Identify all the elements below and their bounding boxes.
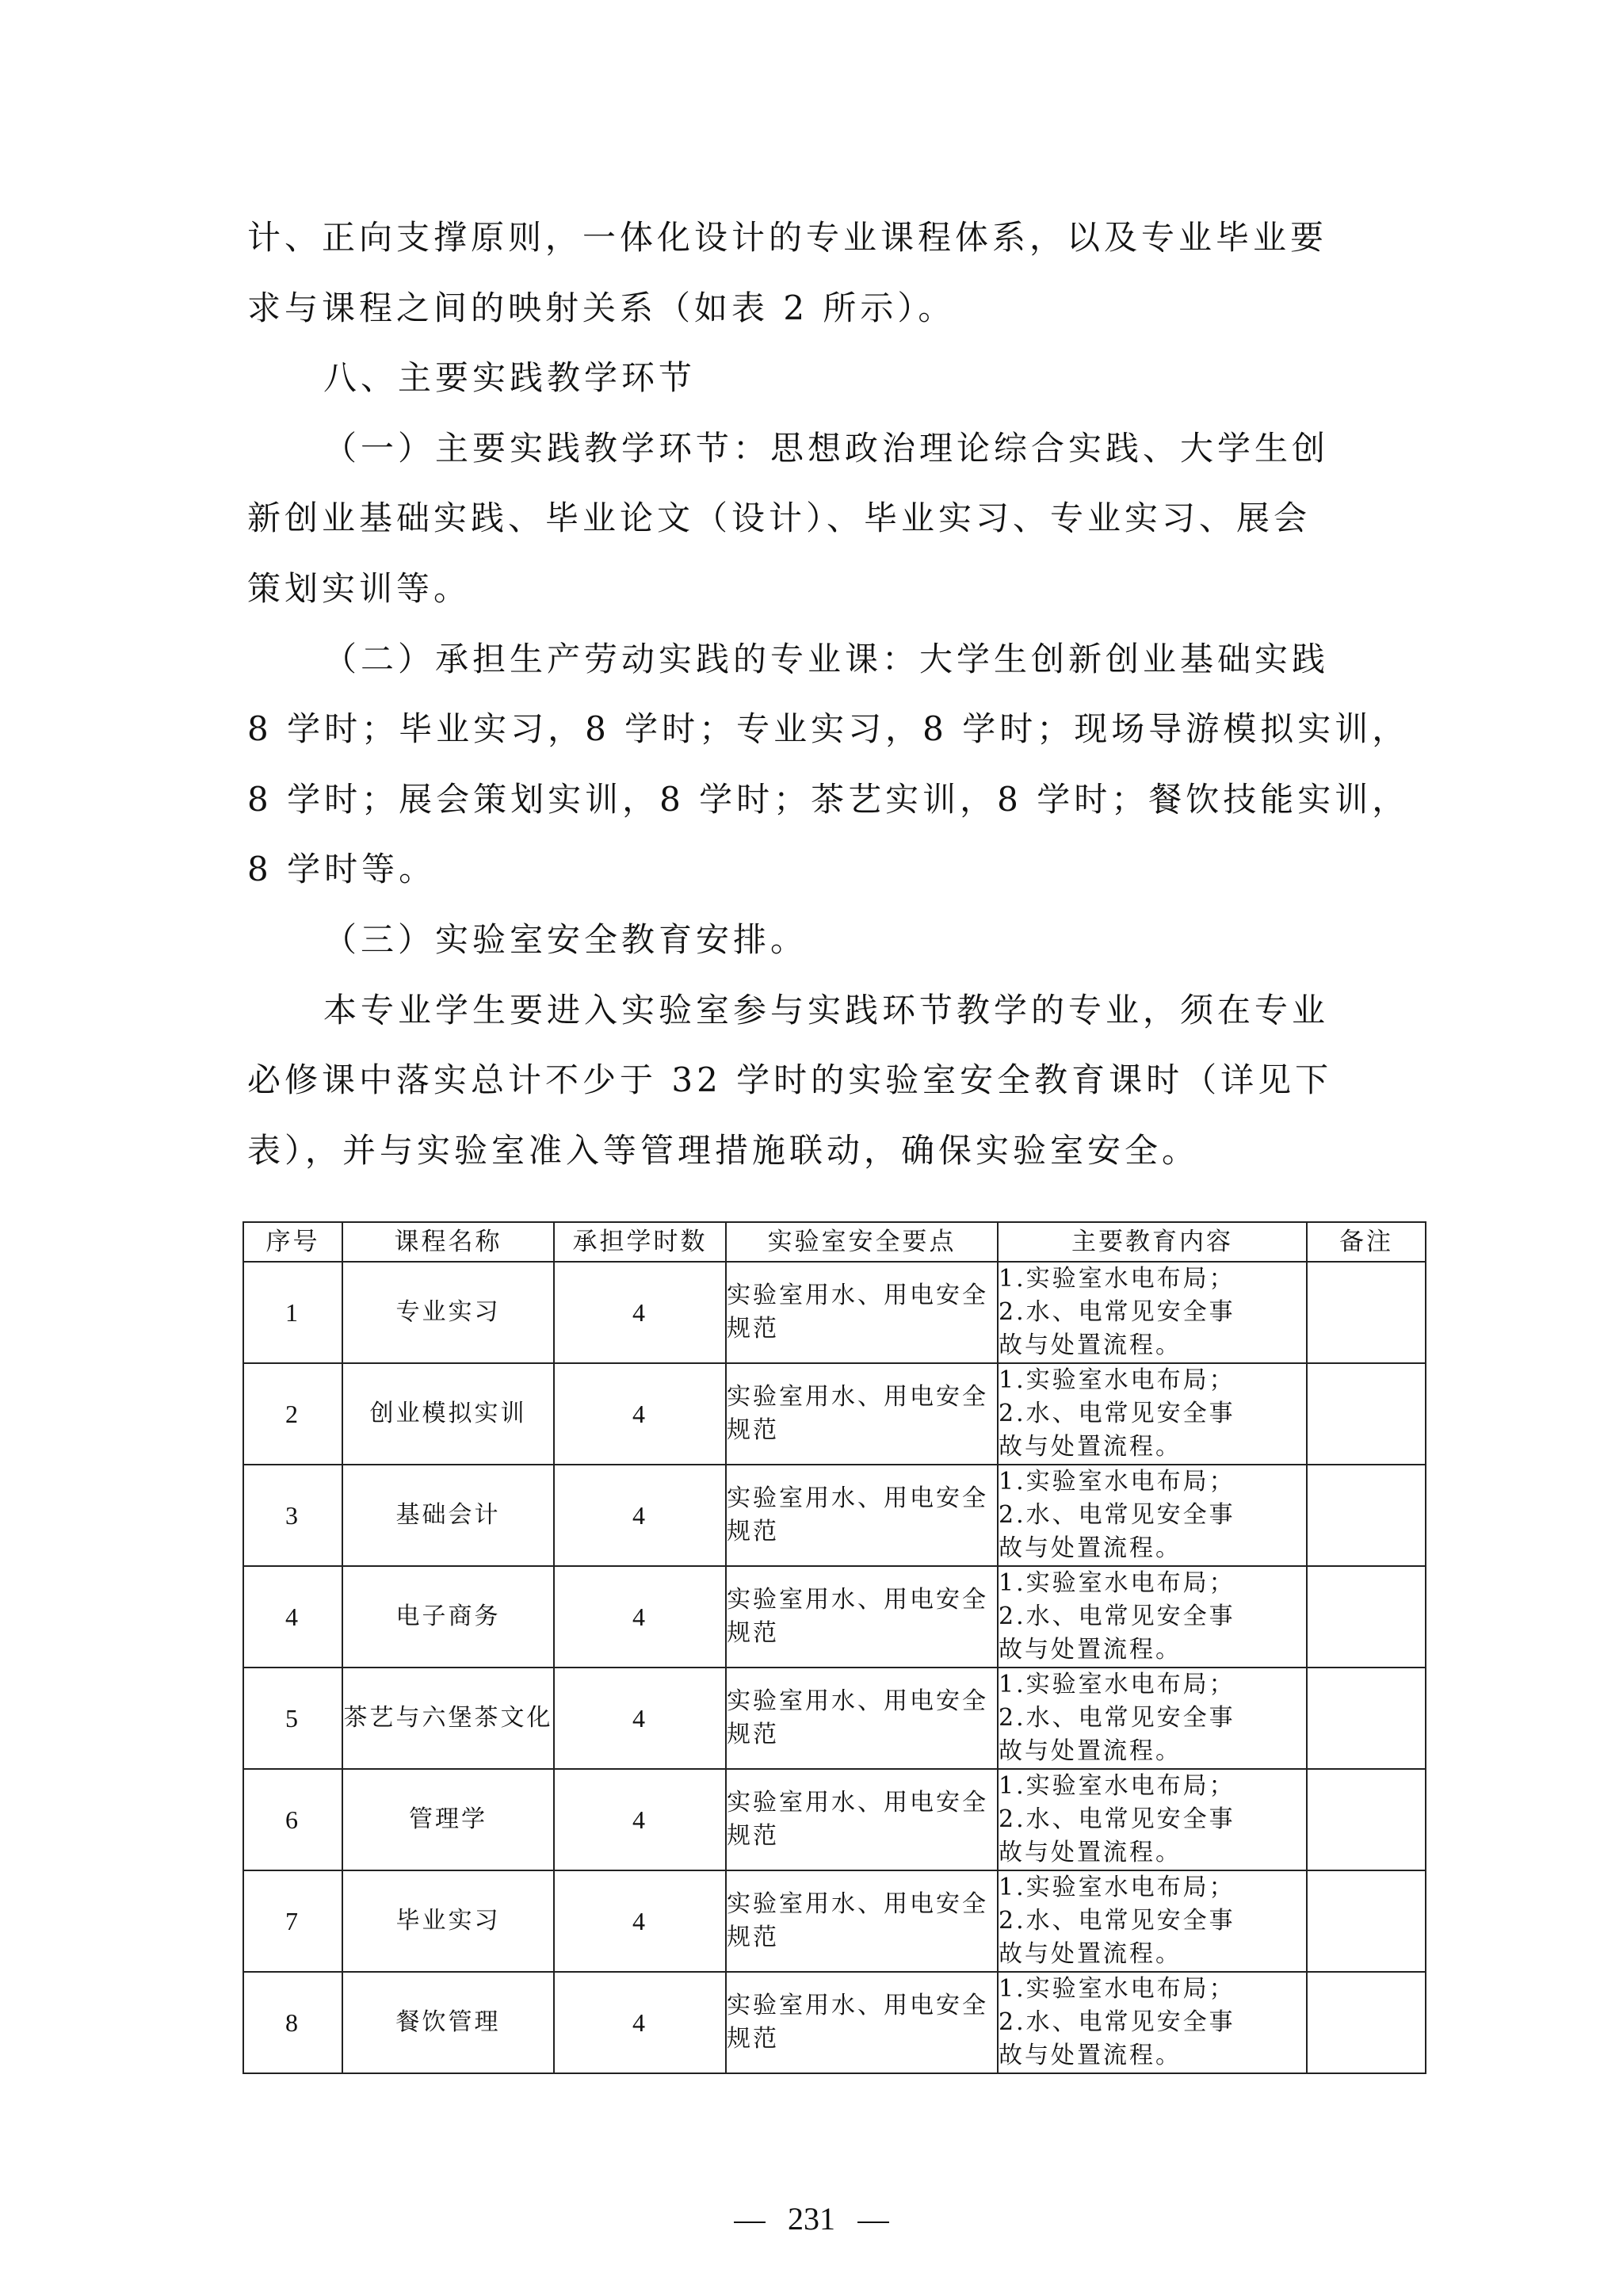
- header-notes: 备注: [1307, 1222, 1426, 1262]
- cell-note: [1307, 1870, 1426, 1972]
- cell-hours: 4: [554, 1972, 726, 2073]
- content-line: 故与处置流程。: [999, 2039, 1306, 2073]
- content-line: 1.实验室水电布局；: [999, 1871, 1306, 1904]
- cell-index: 7: [243, 1870, 342, 1972]
- cell-education-content: 1.实验室水电布局； 2.水、电常见安全事 故与处置流程。: [998, 1972, 1307, 2073]
- cell-hours: 4: [554, 1769, 726, 1870]
- header-education-content: 主要教育内容: [998, 1222, 1307, 1262]
- content-line: 2.水、电常见安全事: [999, 1397, 1306, 1431]
- table-row: 4 电子商务 4 实验室用水、用电安全规范 1.实验室水电布局； 2.水、电常见…: [243, 1566, 1426, 1668]
- content-line: 1.实验室水电布局；: [999, 1465, 1306, 1499]
- content-line: 故与处置流程。: [999, 1836, 1306, 1870]
- subsection-heading: （一）主要实践教学环节：思想政治理论综合实践、大学生创: [247, 414, 1353, 484]
- cell-index: 1: [243, 1262, 342, 1363]
- cell-safety-point: 实验室用水、用电安全规范: [726, 1972, 998, 2073]
- cell-course-name: 餐饮管理: [342, 1972, 554, 2073]
- header-safety-points: 实验室安全要点: [726, 1222, 998, 1262]
- table-row: 2 创业模拟实训 4 实验室用水、用电安全规范 1.实验室水电布局； 2.水、电…: [243, 1363, 1426, 1465]
- content-line: 故与处置流程。: [999, 1938, 1306, 1971]
- content-line: 2.水、电常见安全事: [999, 1296, 1306, 1329]
- content-line: 1.实验室水电布局；: [999, 1668, 1306, 1702]
- subsection-heading: （三）实验室安全教育安排。: [247, 905, 1353, 976]
- cell-course-name: 茶艺与六堡茶文化: [342, 1668, 554, 1769]
- footer-dash-left: [734, 2222, 766, 2223]
- cell-hours: 4: [554, 1262, 726, 1363]
- cell-note: [1307, 1972, 1426, 2073]
- content-line: 2.水、电常见安全事: [999, 2006, 1306, 2039]
- cell-index: 4: [243, 1566, 342, 1668]
- cell-course-name: 专业实习: [342, 1262, 554, 1363]
- content-line: 1.实验室水电布局；: [999, 1973, 1306, 2006]
- content-line: 2.水、电常见安全事: [999, 1600, 1306, 1633]
- content-line: 故与处置流程。: [999, 1431, 1306, 1464]
- paragraph-line: 必修课中落实总计不少于 32 学时的实验室安全教育课时（详见下: [247, 1045, 1353, 1116]
- cell-hours: 4: [554, 1870, 726, 1972]
- cell-course-name: 毕业实习: [342, 1870, 554, 1972]
- content-line: 1.实验室水电布局；: [999, 1364, 1306, 1397]
- cell-note: [1307, 1465, 1426, 1566]
- cell-safety-point: 实验室用水、用电安全规范: [726, 1363, 998, 1465]
- cell-hours: 4: [554, 1566, 726, 1668]
- page-footer: 231: [0, 2195, 1623, 2243]
- cell-safety-point: 实验室用水、用电安全规范: [726, 1566, 998, 1668]
- table-row: 5 茶艺与六堡茶文化 4 实验室用水、用电安全规范 1.实验室水电布局； 2.水…: [243, 1668, 1426, 1769]
- cell-index: 6: [243, 1769, 342, 1870]
- content-line: 1.实验室水电布局；: [999, 1770, 1306, 1803]
- paragraph-line: 8 学时；展会策划实训，8 学时；茶艺实训，8 学时；餐饮技能实训，: [247, 765, 1353, 835]
- cell-index: 5: [243, 1668, 342, 1769]
- cell-safety-point: 实验室用水、用电安全规范: [726, 1870, 998, 1972]
- header-index: 序号: [243, 1222, 342, 1262]
- content-line: 2.水、电常见安全事: [999, 1499, 1306, 1532]
- paragraph-line: 策划实训等。: [247, 554, 1353, 625]
- cell-course-name: 管理学: [342, 1769, 554, 1870]
- paragraph-line: 计、正向支撑原则，一体化设计的专业课程体系，以及专业毕业要: [247, 203, 1353, 273]
- lab-safety-table: 序号 课程名称 承担学时数 实验室安全要点 主要教育内容 备注 1 专业实习 4…: [242, 1221, 1426, 2074]
- content-line: 故与处置流程。: [999, 1633, 1306, 1667]
- cell-index: 2: [243, 1363, 342, 1465]
- cell-note: [1307, 1769, 1426, 1870]
- content-line: 2.水、电常见安全事: [999, 1904, 1306, 1938]
- paragraph-line: 表），并与实验室准入等管理措施联动，确保实验室安全。: [247, 1116, 1353, 1186]
- cell-education-content: 1.实验室水电布局； 2.水、电常见安全事 故与处置流程。: [998, 1465, 1307, 1566]
- page-number: 231: [788, 2201, 835, 2237]
- document-page: 计、正向支撑原则，一体化设计的专业课程体系，以及专业毕业要 求与课程之间的映射关…: [0, 0, 1623, 2296]
- subsection-heading: （二）承担生产劳动实践的专业课：大学生创新创业基础实践: [247, 625, 1353, 695]
- content-line: 故与处置流程。: [999, 1532, 1306, 1565]
- cell-note: [1307, 1566, 1426, 1668]
- cell-note: [1307, 1262, 1426, 1363]
- content-line: 故与处置流程。: [999, 1735, 1306, 1768]
- content-line: 2.水、电常见安全事: [999, 1803, 1306, 1836]
- paragraph-line: 8 学时；毕业实习，8 学时；专业实习，8 学时；现场导游模拟实训，: [247, 694, 1353, 765]
- table-row: 8 餐饮管理 4 实验室用水、用电安全规范 1.实验室水电布局； 2.水、电常见…: [243, 1972, 1426, 2073]
- cell-hours: 4: [554, 1668, 726, 1769]
- cell-safety-point: 实验室用水、用电安全规范: [726, 1668, 998, 1769]
- cell-education-content: 1.实验室水电布局； 2.水、电常见安全事 故与处置流程。: [998, 1769, 1307, 1870]
- table-row: 1 专业实习 4 实验室用水、用电安全规范 1.实验室水电布局； 2.水、电常见…: [243, 1262, 1426, 1363]
- cell-note: [1307, 1668, 1426, 1769]
- section-heading: 八、主要实践教学环节: [247, 343, 1353, 414]
- table-row: 6 管理学 4 实验室用水、用电安全规范 1.实验室水电布局； 2.水、电常见安…: [243, 1769, 1426, 1870]
- table-header-row: 序号 课程名称 承担学时数 实验室安全要点 主要教育内容 备注: [243, 1222, 1426, 1262]
- cell-education-content: 1.实验室水电布局； 2.水、电常见安全事 故与处置流程。: [998, 1566, 1307, 1668]
- table-row: 7 毕业实习 4 实验室用水、用电安全规范 1.实验室水电布局； 2.水、电常见…: [243, 1870, 1426, 1972]
- cell-course-name: 创业模拟实训: [342, 1363, 554, 1465]
- cell-education-content: 1.实验室水电布局； 2.水、电常见安全事 故与处置流程。: [998, 1262, 1307, 1363]
- cell-safety-point: 实验室用水、用电安全规范: [726, 1262, 998, 1363]
- paragraph-line: 8 学时等。: [247, 835, 1353, 905]
- cell-safety-point: 实验室用水、用电安全规范: [726, 1769, 998, 1870]
- cell-hours: 4: [554, 1363, 726, 1465]
- content-line: 2.水、电常见安全事: [999, 1702, 1306, 1735]
- cell-education-content: 1.实验室水电布局； 2.水、电常见安全事 故与处置流程。: [998, 1870, 1307, 1972]
- cell-note: [1307, 1363, 1426, 1465]
- cell-safety-point: 实验室用水、用电安全规范: [726, 1465, 998, 1566]
- cell-course-name: 电子商务: [342, 1566, 554, 1668]
- paragraph-line: 本专业学生要进入实验室参与实践环节教学的专业，须在专业: [247, 976, 1353, 1046]
- cell-course-name: 基础会计: [342, 1465, 554, 1566]
- content-line: 故与处置流程。: [999, 1329, 1306, 1362]
- cell-hours: 4: [554, 1465, 726, 1566]
- content-line: 1.实验室水电布局；: [999, 1263, 1306, 1296]
- content-line: 1.实验室水电布局；: [999, 1567, 1306, 1600]
- cell-index: 3: [243, 1465, 342, 1566]
- header-hours: 承担学时数: [554, 1222, 726, 1262]
- cell-education-content: 1.实验室水电布局； 2.水、电常见安全事 故与处置流程。: [998, 1668, 1307, 1769]
- footer-dash-right: [857, 2222, 889, 2223]
- header-course-name: 课程名称: [342, 1222, 554, 1262]
- paragraph-line: 新创业基础实践、毕业论文（设计）、毕业实习、专业实习、展会: [247, 483, 1353, 554]
- body-text: 计、正向支撑原则，一体化设计的专业课程体系，以及专业毕业要 求与课程之间的映射关…: [247, 203, 1353, 1186]
- cell-education-content: 1.实验室水电布局； 2.水、电常见安全事 故与处置流程。: [998, 1363, 1307, 1465]
- cell-index: 8: [243, 1972, 342, 2073]
- table-row: 3 基础会计 4 实验室用水、用电安全规范 1.实验室水电布局； 2.水、电常见…: [243, 1465, 1426, 1566]
- paragraph-line: 求与课程之间的映射关系（如表 2 所示）。: [247, 273, 1353, 344]
